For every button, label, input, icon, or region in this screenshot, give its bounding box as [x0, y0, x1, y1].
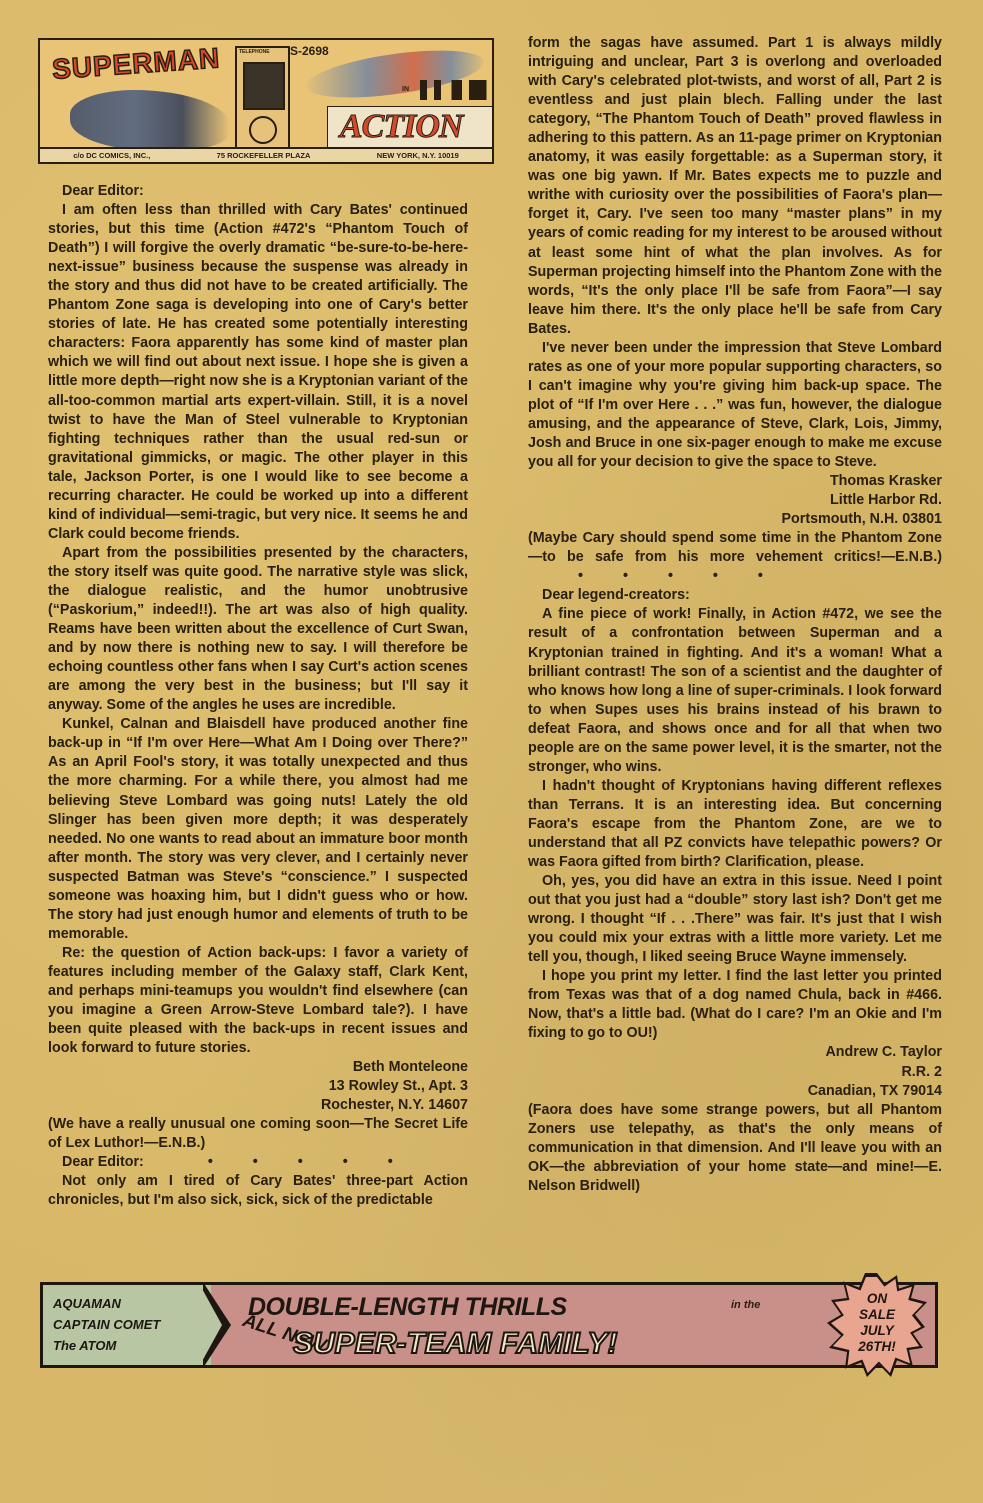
bell-icon: [249, 116, 277, 144]
letter-salutation: Dear legend-creators:: [528, 586, 942, 605]
letter-paragraph: Re: the question of Action back-ups: I f…: [48, 944, 468, 1058]
letter-signature-city: Portsmouth, N.H. 03801: [528, 510, 942, 529]
address-street: 75 ROCKEFELLER PLAZA: [217, 151, 311, 160]
letter-paragraph: I hope you print my letter. I find the l…: [528, 967, 942, 1043]
booth-label: TELEPHONE: [239, 49, 270, 55]
letter-signature-name: Thomas Krasker: [528, 472, 942, 491]
letter-signature-street: 13 Rowley St., Apt. 3: [48, 1077, 468, 1096]
super-team-family-promo: AQUAMAN CAPTAIN COMET The ATOM DOUBLE-LE…: [40, 1282, 938, 1368]
letter-2-start: Dear Editor:• • • • • Not only am I tire…: [48, 1153, 468, 1210]
letter-salutation: Dear Editor:• • • • •: [48, 1153, 468, 1172]
address-company: c/o DC COMICS, INC.,: [73, 151, 150, 160]
letter-signature-name: Beth Monteleone: [48, 1058, 468, 1077]
action-logo: ACTION: [340, 108, 462, 146]
letter-2-continued: form the sagas have assumed. Part 1 is a…: [528, 34, 942, 586]
letters-column-masthead: SUPERMAN TELEPHONE S-2698 IN ACTION c/o …: [38, 38, 494, 164]
letter-paragraph: I've never been under the impression tha…: [528, 339, 942, 472]
editor-reply: (Faora does have some strange powers, bu…: [528, 1101, 942, 1196]
city-skyline-illustration: [420, 80, 490, 100]
letter-1: Dear Editor: I am often less than thrill…: [48, 182, 468, 1153]
promo-headline: DOUBLE-LENGTH THRILLS: [248, 1293, 567, 1322]
letter-signature-street: Little Harbor Rd.: [528, 491, 942, 510]
letter-paragraph: Apart from the possibilities presented b…: [48, 544, 468, 715]
letter-signature-city: Canadian, TX 79014: [528, 1082, 942, 1101]
letter-paragraph: A fine piece of work! Finally, in Action…: [528, 605, 942, 776]
promo-heroes-list: AQUAMAN CAPTAIN COMET The ATOM: [53, 1293, 160, 1356]
letter-paragraph: I am often less than thrilled with Cary …: [48, 201, 468, 544]
letter-salutation: Dear Editor:: [48, 182, 468, 201]
separator-dots: • • • • •: [578, 567, 781, 586]
letter-signature-street: R.R. 2: [528, 1063, 942, 1082]
mailing-address: c/o DC COMICS, INC., 75 ROCKEFELLER PLAZ…: [40, 147, 492, 162]
letter-paragraph-continued: form the sagas have assumed. Part 1 is a…: [528, 34, 942, 339]
superman-figure-illustration: [70, 90, 230, 150]
phone-number: S-2698: [290, 44, 329, 58]
right-column: form the sagas have assumed. Part 1 is a…: [528, 34, 942, 1196]
left-column: Dear Editor: I am often less than thrill…: [48, 182, 468, 1211]
letter-signature-name: Andrew C. Taylor: [528, 1043, 942, 1062]
hero-aquaman: AQUAMAN: [53, 1293, 160, 1314]
promo-in-the: in the: [731, 1299, 760, 1311]
comic-letters-page: SUPERMAN TELEPHONE S-2698 IN ACTION c/o …: [0, 0, 983, 1503]
booth-window: [243, 62, 285, 110]
separator-dots: • • • • •: [194, 1153, 411, 1172]
address-city: NEW YORK, N.Y. 10019: [377, 151, 459, 160]
telephone-booth-illustration: TELEPHONE: [235, 46, 290, 156]
hero-captain-comet: CAPTAIN COMET: [53, 1314, 160, 1335]
promo-title: SUPER-TEAM FAMILY!: [293, 1327, 617, 1361]
on-sale-text: ON SALE JULY 26TH!: [839, 1291, 915, 1355]
letter-signature-city: Rochester, N.Y. 14607: [48, 1096, 468, 1115]
letter-paragraph: Not only am I tired of Cary Bates' three…: [48, 1172, 468, 1210]
promo-arrow-fill: [200, 1285, 222, 1365]
masthead-in: IN: [402, 86, 409, 93]
hero-atom: The ATOM: [53, 1335, 160, 1356]
editor-reply: (We have a really unusual one coming soo…: [48, 1115, 468, 1153]
letter-3: Dear legend-creators: A fine piece of wo…: [528, 586, 942, 1196]
editor-reply: (Maybe Cary should spend some time in th…: [528, 529, 942, 586]
letter-paragraph: Kunkel, Calnan and Blaisdell have produc…: [48, 715, 468, 944]
letter-paragraph: I hadn't thought of Kryptonians having d…: [528, 777, 942, 872]
letter-paragraph: Oh, yes, you did have an extra in this i…: [528, 872, 942, 967]
superman-logo: SUPERMAN: [51, 42, 221, 86]
